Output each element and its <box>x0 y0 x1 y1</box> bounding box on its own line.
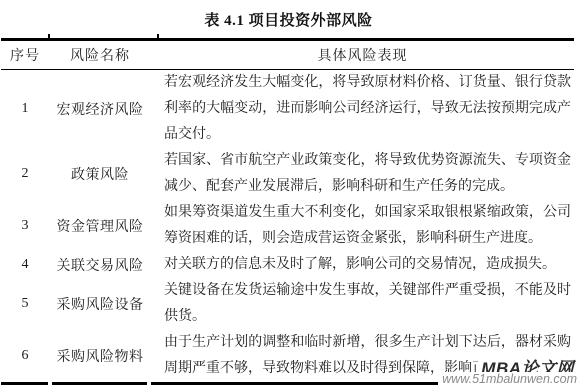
bottom-rule-gap <box>48 382 52 385</box>
column-boundary-tick <box>157 34 159 39</box>
cell-risk-desc: 对关联方的信息未及时了解，影响公司的交易情况，造成损失。 <box>151 252 574 278</box>
cell-no: 5 <box>1 278 49 330</box>
cell-risk-desc: 由于生产计划的调整和临时新增，很多生产计划下达后，器材采购周期严重不够，导致物料… <box>151 330 574 384</box>
cell-no: 4 <box>1 252 49 278</box>
cell-no: 2 <box>1 148 49 200</box>
table-row: 4 关联交易风险 对关联方的信息未及时了解，影响公司的交易情况，造成损失。 <box>1 252 574 278</box>
cell-no: 3 <box>1 200 49 252</box>
table-row: 1 宏观经济风险 若宏观经济发生大幅变化，将导致原材料价格、订货量、银行贷款利率… <box>1 70 574 149</box>
cell-risk-name: 关联交易风险 <box>49 252 151 278</box>
cell-no: 6 <box>1 330 49 384</box>
cell-risk-desc: 如果筹资渠道发生重大不利变化，如国家采取银根紧缩政策，公司筹资困难的话，则会造成… <box>151 200 574 252</box>
cell-risk-name: 采购风险物料 <box>49 330 151 384</box>
risk-table: 序号 风险名称 具体风险表现 1 宏观经济风险 若宏观经济发生大幅变化，将导致原… <box>1 38 574 385</box>
table-row: 6 采购风险物料 由于生产计划的调整和临时新增，很多生产计划下达后，器材采购周期… <box>1 330 574 384</box>
cell-risk-name: 政策风险 <box>49 148 151 200</box>
cell-risk-desc: 关键设备在发货运输途中发生事故，关键部件严重受损，不能及时供货。 <box>151 278 574 330</box>
document-page: 表 4.1 项目投资外部风险 序号 风险名称 具体风险表现 1 宏观经济风险 若… <box>0 0 577 387</box>
cell-risk-desc: 若宏观经济发生大幅变化，将导致原材料价格、订货量、银行贷款利率的大幅变动，进而影… <box>151 70 574 149</box>
table-caption: 表 4.1 项目投资外部风险 <box>0 0 577 30</box>
table-row: 5 采购风险设备 关键设备在发货运输途中发生事故，关键部件严重受损，不能及时供货… <box>1 278 574 330</box>
table-row: 3 资金管理风险 如果筹资渠道发生重大不利变化，如国家采取银根紧缩政策，公司筹资… <box>1 200 574 252</box>
bottom-rule-gap <box>147 382 151 385</box>
cell-risk-desc: 若国家、省市航空产业政策变化，将导致优势资源流失、专项资金减少、配套产业发展滞后… <box>151 148 574 200</box>
cell-no: 1 <box>1 70 49 149</box>
cell-risk-name: 资金管理风险 <box>49 200 151 252</box>
table-row: 2 政策风险 若国家、省市航空产业政策变化，将导致优势资源流失、专项资金减少、配… <box>1 148 574 200</box>
column-boundary-tick <box>48 34 50 39</box>
header-row: 序号 风险名称 具体风险表现 <box>1 40 574 70</box>
header-no: 序号 <box>1 40 49 70</box>
cell-risk-name: 采购风险设备 <box>49 278 151 330</box>
table-wrap: 序号 风险名称 具体风险表现 1 宏观经济风险 若宏观经济发生大幅变化，将导致原… <box>1 38 575 385</box>
cell-risk-name: 宏观经济风险 <box>49 70 151 149</box>
header-risk-desc: 具体风险表现 <box>151 40 574 70</box>
header-risk-name: 风险名称 <box>49 40 151 70</box>
